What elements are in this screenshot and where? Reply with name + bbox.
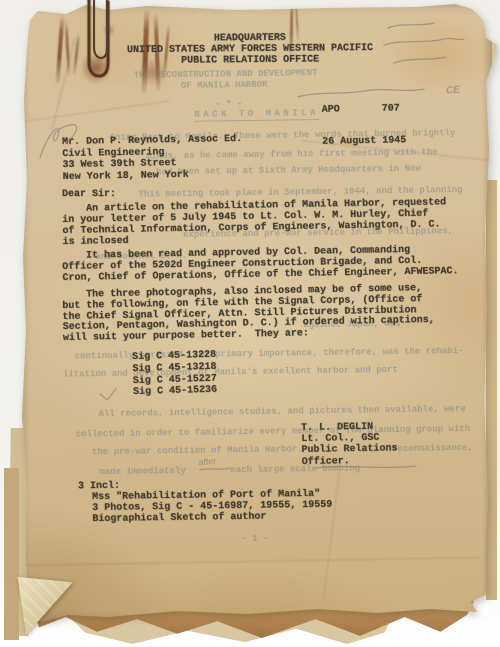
typed-line: Public Relations xyxy=(301,444,397,457)
folded-corner-wrapper xyxy=(14,569,74,635)
apo-line: APO 707 xyxy=(322,104,406,116)
ghost-line: - * - xyxy=(215,99,242,109)
ghost-line: after xyxy=(198,456,217,468)
ghost-line: BACK TO MANILA xyxy=(194,108,319,122)
salutation: Dear Sir: xyxy=(62,190,116,201)
paragraph-1: An article on the rehabilitation of Mani… xyxy=(62,198,447,248)
ghost-line: All records, intelligence studies, and p… xyxy=(99,404,466,419)
ghost-line: OF MANILA HARBOR xyxy=(181,80,268,91)
paragraph-3: The three photographs, also inclosed may… xyxy=(62,284,435,345)
typed-line: Officer. xyxy=(302,455,398,468)
photograph-of-document: THE RECONSTRUCTION AND DEVELOPMENTOF MAN… xyxy=(0,0,500,647)
typed-line: Sig C 45-15236 xyxy=(133,385,217,399)
signature-block: T. L. DEGLINLt. Col., GSCPublic Relation… xyxy=(301,421,398,467)
apo-date-block: APO 707 26 August 1945 xyxy=(321,83,406,169)
photo-reference-list: Sig C 45-13228Sig C 45-13218Sig C 45-152… xyxy=(132,350,217,400)
enclosure-list: Mss "Rehabilitation of Port of Manila"3 … xyxy=(92,490,332,526)
recipient-address: Mr. Don P. Reynolds, Assoc Ed.Civil Engi… xyxy=(62,134,243,183)
paragraph-2: It has been read and approved by Col. De… xyxy=(62,245,459,285)
letter-page-wrapper: THE RECONSTRUCTION AND DEVELOPMENTOF MAN… xyxy=(0,0,500,647)
ghost-line: made immediately xyxy=(99,466,186,477)
ghost-line: collected in order to familiarize every … xyxy=(76,424,470,440)
letter-page: THE RECONSTRUCTION AND DEVELOPMENTOF MAN… xyxy=(0,0,500,647)
date-line: 26 August 1945 xyxy=(322,136,406,148)
ghost-line: reconnaissance, xyxy=(392,443,473,454)
ghost-line: litation and development of Manila's exc… xyxy=(63,365,398,380)
ghost-line: the pre-war condition of Manila Harbor. xyxy=(92,444,303,457)
ghost-line: - 1 - xyxy=(241,534,268,544)
letterhead: HEADQUARTERSUNITED STATES ARMY FORCES WE… xyxy=(0,32,500,69)
folded-corner xyxy=(14,569,74,635)
paperclip-icon xyxy=(80,0,112,92)
ghost-line: THE RECONSTRUCTION AND DEVELOPMENT xyxy=(134,68,318,81)
pencil-note-ce: CE xyxy=(446,85,461,97)
